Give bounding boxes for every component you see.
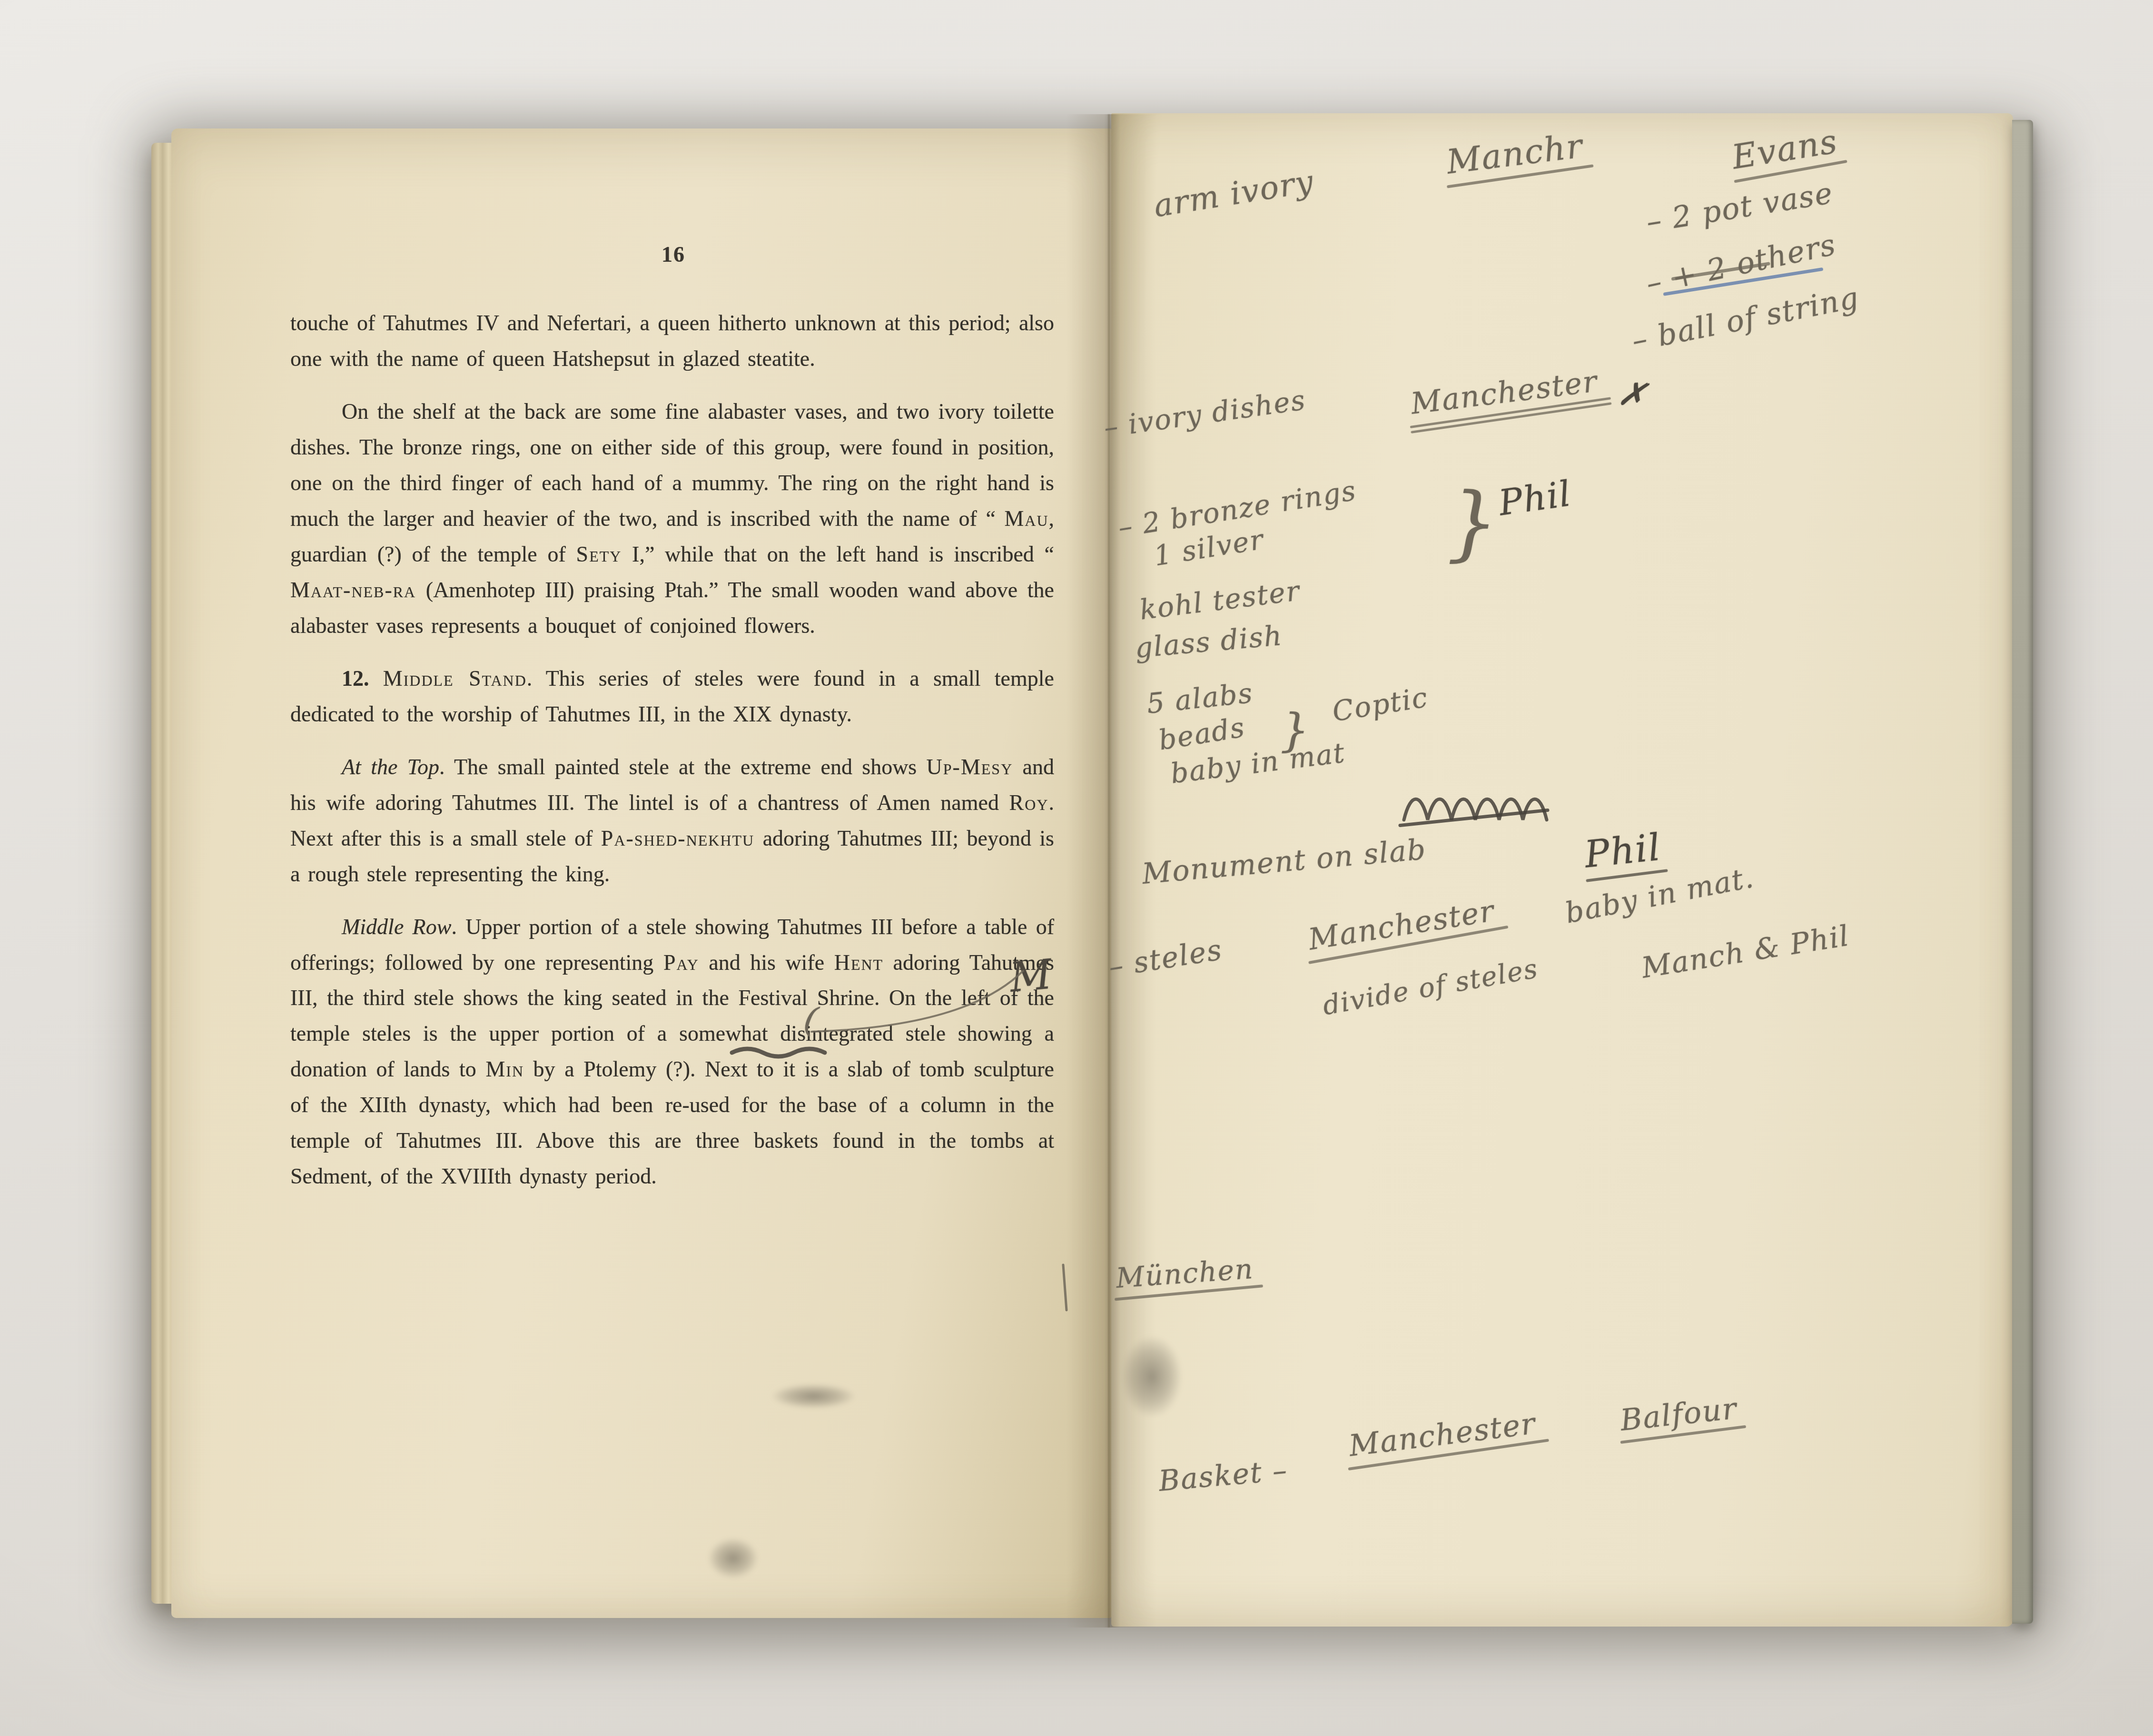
printed-text-segment: 12.	[342, 666, 369, 690]
gutter-fold-line	[1108, 114, 1110, 1627]
right-page	[1111, 113, 2013, 1627]
printed-text-segment: Maat-neb-ra	[290, 578, 416, 602]
printed-text-segment: Mau	[1004, 506, 1048, 531]
printed-paragraph: touche of Tahutmes IV and Nefertari, a q…	[290, 306, 1054, 377]
printed-paragraph: 12. Middle Stand. This series of steles …	[290, 661, 1054, 732]
page-number: 16	[293, 242, 1054, 267]
printed-text-segment: touche of Tahutmes IV and Nefertari, a q…	[290, 311, 1054, 371]
printed-text-segment: Pay	[663, 950, 699, 975]
printed-text-segment: Roy	[1009, 790, 1049, 815]
printed-paragraph: Middle Row. Upper portion of a stele sho…	[290, 909, 1054, 1195]
printed-text-segment: On the shelf at the back are some fine a…	[290, 399, 1054, 531]
printed-text-segment: At the Top	[342, 755, 439, 779]
printed-text-segment: Up-Mesy	[927, 755, 1013, 779]
printed-text-segment: I,” while that on the left hand is inscr…	[622, 542, 1054, 566]
printed-text-block: touche of Tahutmes IV and Nefertari, a q…	[290, 306, 1054, 1212]
printed-text-segment: Pa-shed-nekhtu	[601, 826, 754, 850]
printed-text-segment: Middle Stand	[383, 666, 527, 690]
book-cover-edge	[2012, 120, 2033, 1624]
printed-paragraph: At the Top. The small painted stele at t…	[290, 750, 1054, 892]
printed-text-segment: and his wife	[699, 950, 834, 975]
left-page: 16 touche of Tahutmes IV and Nefertari, …	[171, 128, 1111, 1618]
printed-text-segment: Min	[485, 1057, 524, 1081]
printed-text-segment: Hent	[834, 950, 883, 975]
printed-text-segment	[369, 666, 383, 690]
printed-text-segment: . The small painted stele at the extreme…	[439, 755, 927, 779]
printed-paragraph: On the shelf at the back are some fine a…	[290, 394, 1054, 644]
printed-text-segment: Sety	[576, 542, 622, 566]
printed-text-segment: Middle Row	[342, 915, 451, 939]
